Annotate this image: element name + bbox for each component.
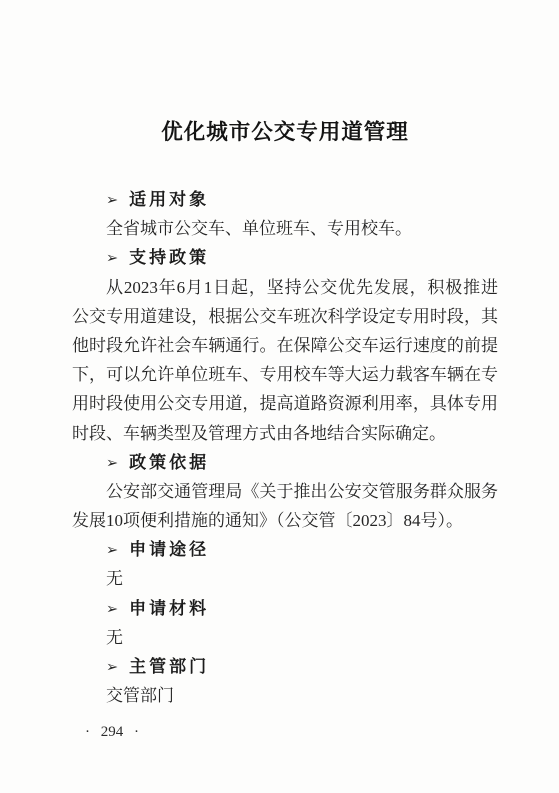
section-heading-responsible-department: ➢主管部门: [72, 652, 498, 681]
section-heading-label: 政策依据: [129, 453, 209, 472]
section-heading-application-materials: ➢申请材料: [72, 594, 498, 623]
body-line: 时段、车辆类型及管理方式由各地结合实际确定。: [72, 419, 498, 448]
page-number: · 294 ·: [85, 722, 559, 742]
page-title: 优化城市公交专用道管理: [72, 0, 498, 147]
arrow-bullet-icon: ➢: [106, 187, 118, 216]
section-heading-support-policy: ➢支持政策: [72, 243, 498, 272]
body-line: 他时段允许社会车辆通行。在保障公交车运行速度的前提: [72, 331, 498, 360]
document-page: 优化城市公交专用道管理 ➢适用对象 全省城市公交车、单位班车、专用校车。 ➢支持…: [0, 0, 559, 793]
section-heading-applicable-targets: ➢适用对象: [72, 185, 498, 214]
body-line: 发展10项便利措施的通知》（公交管〔2023〕84号）。: [72, 506, 498, 535]
body-line: 用时段使用公交专用道，提高道路资源利用率，具体专用: [72, 389, 498, 418]
document-body: ➢适用对象 全省城市公交车、单位班车、专用校车。 ➢支持政策 从2023年6月1…: [72, 185, 498, 710]
section-heading-label: 申请途径: [129, 540, 209, 559]
section-heading-application-channel: ➢申请途径: [72, 535, 498, 564]
section-heading-policy-basis: ➢政策依据: [72, 448, 498, 477]
section-heading-label: 申请材料: [129, 599, 209, 618]
body-line: 全省城市公交车、单位班车、专用校车。: [72, 214, 498, 243]
arrow-bullet-icon: ➢: [106, 595, 118, 624]
arrow-bullet-icon: ➢: [106, 449, 118, 478]
body-line: 公安部交通管理局《关于推出公安交管服务群众服务: [72, 477, 498, 506]
section-heading-label: 适用对象: [129, 190, 209, 209]
body-line: 无: [72, 623, 498, 652]
arrow-bullet-icon: ➢: [106, 245, 118, 274]
section-heading-label: 支持政策: [129, 248, 209, 267]
body-line: 无: [72, 564, 498, 593]
arrow-bullet-icon: ➢: [106, 537, 118, 566]
body-line: 交管部门: [72, 681, 498, 710]
arrow-bullet-icon: ➢: [106, 654, 118, 683]
body-line: 下，可以允许单位班车、专用校车等大运力载客车辆在专: [72, 360, 498, 389]
body-line: 公交专用道建设，根据公交车班次科学设定专用时段，其: [72, 302, 498, 331]
body-line: 从2023年6月1日起，坚持公交优先发展，积极推进: [72, 273, 498, 302]
section-heading-label: 主管部门: [129, 657, 209, 676]
